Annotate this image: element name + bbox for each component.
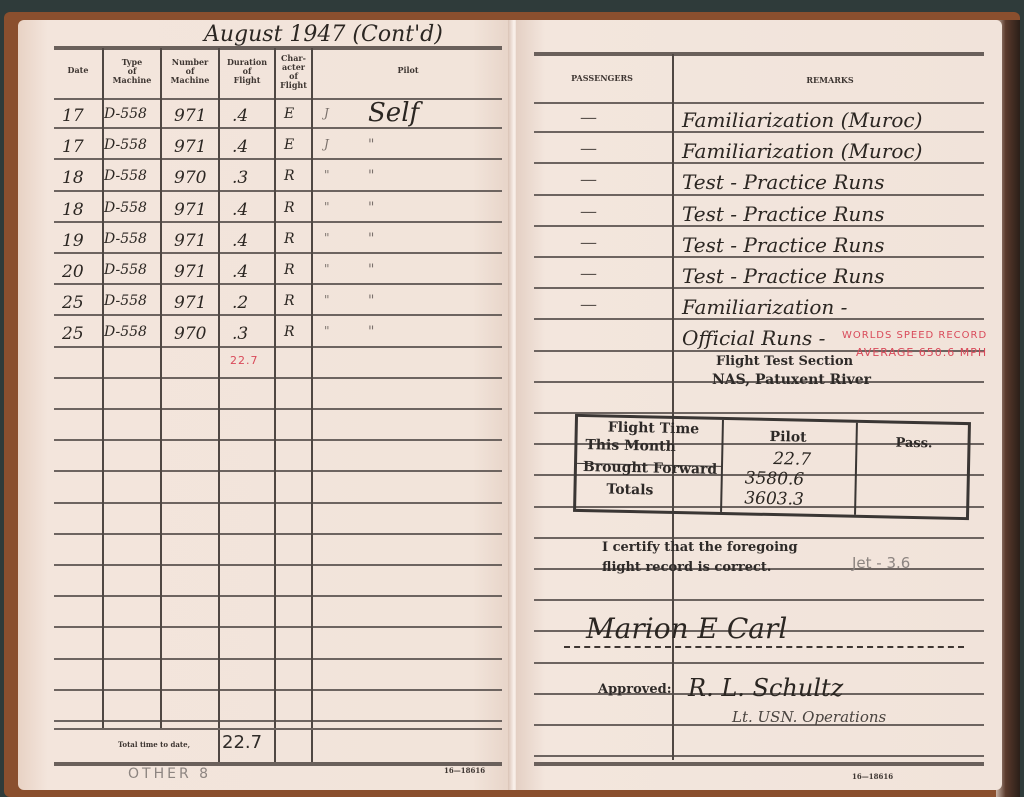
red-note-line1: WORLDS SPEED RECORD bbox=[842, 330, 987, 341]
row-rule bbox=[54, 595, 502, 597]
row-rule bbox=[54, 283, 502, 285]
cell-type: D-558 bbox=[104, 200, 147, 216]
cell-number: 971 bbox=[174, 137, 206, 157]
right-page: PASSENGERS REMARKS —Familiarization (Mur… bbox=[516, 20, 1002, 790]
flight-time-box: Flight Time Pilot Pass. This Month Broug… bbox=[573, 414, 971, 520]
cell-duration: .2 bbox=[232, 293, 248, 313]
row-rule bbox=[54, 314, 502, 316]
col-divider bbox=[672, 54, 674, 760]
col-divider bbox=[160, 48, 162, 728]
cell-mark: " bbox=[324, 262, 330, 276]
cell-type: D-558 bbox=[104, 231, 147, 247]
header-rule bbox=[54, 98, 502, 100]
cell-mark: J bbox=[324, 106, 329, 120]
cell-pilot: " bbox=[368, 262, 374, 278]
row-rule bbox=[534, 194, 984, 196]
cell-pilot: " bbox=[368, 200, 374, 216]
cell-character: R bbox=[284, 231, 295, 247]
col-divider bbox=[274, 48, 276, 763]
row-rule bbox=[54, 158, 502, 160]
cell-mark: J bbox=[324, 137, 329, 151]
cell-character: R bbox=[284, 293, 295, 309]
approved-signature: R. L. Schultz bbox=[688, 674, 843, 702]
bottom-rule bbox=[54, 762, 502, 766]
cell-pilot: " bbox=[368, 324, 374, 340]
cell-remarks: Official Runs - bbox=[682, 326, 825, 350]
cell-passengers: — bbox=[580, 108, 597, 128]
cell-mark: " bbox=[324, 293, 330, 307]
col-header-type: Type of Machine bbox=[104, 58, 160, 85]
col-header-character: Char- acter of Flight bbox=[276, 54, 311, 90]
cell-character: E bbox=[284, 106, 294, 122]
row-rule bbox=[54, 533, 502, 535]
left-page: August 1947 (Cont'd) 17D-558971.4EJSelf1… bbox=[18, 20, 512, 790]
signature-line bbox=[564, 646, 964, 648]
cell-duration: .4 bbox=[232, 262, 248, 282]
cell-pilot: " bbox=[368, 137, 374, 153]
cell-character: R bbox=[284, 168, 295, 184]
cell-pilot: Self bbox=[368, 98, 419, 128]
cell-mark: " bbox=[324, 200, 330, 214]
flight-time-label: Flight Time bbox=[608, 420, 700, 438]
cell-date: 18 bbox=[62, 200, 84, 220]
cell-date: 19 bbox=[62, 231, 84, 251]
row-rule bbox=[54, 127, 502, 129]
row-rule bbox=[534, 755, 984, 757]
row-rule bbox=[54, 377, 502, 379]
cell-type: D-558 bbox=[104, 293, 147, 309]
row-rule bbox=[54, 502, 502, 504]
col-divider bbox=[311, 48, 313, 763]
cell-duration: .3 bbox=[232, 168, 248, 188]
cell-remarks: Test - Practice Runs bbox=[682, 233, 884, 257]
bottom-rule bbox=[534, 762, 984, 766]
row-rule bbox=[54, 689, 502, 691]
cell-type: D-558 bbox=[104, 324, 147, 340]
row-rule bbox=[534, 537, 984, 539]
footer-pencil-note: OTHER 8 bbox=[128, 766, 211, 782]
cell-mark: " bbox=[324, 324, 330, 338]
cell-remarks: Test - Practice Runs bbox=[682, 202, 884, 226]
cell-type: D-558 bbox=[104, 168, 147, 184]
cell-number: 970 bbox=[174, 168, 206, 188]
cell-date: 25 bbox=[62, 324, 84, 344]
cell-character: R bbox=[284, 262, 295, 278]
cell-remarks: Familiarization (Muroc) bbox=[682, 139, 922, 163]
col-header-date: Date bbox=[54, 66, 102, 75]
cell-type: D-558 bbox=[104, 137, 147, 153]
cell-character: R bbox=[284, 324, 295, 340]
row-rule bbox=[54, 626, 502, 628]
approved-label: Approved: bbox=[598, 682, 672, 697]
cell-pilot: " bbox=[368, 231, 374, 247]
jet-time-note: Jet - 3.6 bbox=[852, 554, 910, 572]
cell-duration: .4 bbox=[232, 137, 248, 157]
form-number: 16—18616 bbox=[852, 772, 893, 781]
cell-remarks: Test - Practice Runs bbox=[682, 264, 884, 288]
cell-passengers: — bbox=[580, 233, 597, 253]
row-rule bbox=[54, 470, 502, 472]
top-rule bbox=[534, 52, 984, 56]
cell-passengers: — bbox=[580, 139, 597, 159]
top-rule bbox=[54, 46, 502, 50]
cell-passengers: — bbox=[580, 264, 597, 284]
cell-character: R bbox=[284, 200, 295, 216]
cell-remarks: Familiarization (Muroc) bbox=[682, 108, 922, 132]
totals-label: Totals bbox=[606, 482, 653, 499]
col-header-passengers: PASSENGERS bbox=[534, 74, 670, 83]
row-rule bbox=[534, 599, 984, 601]
row-rule bbox=[54, 439, 502, 441]
row-rule bbox=[534, 662, 984, 664]
totals-pilot-value: 3603.3 bbox=[744, 488, 804, 509]
red-subtotal: 22.7 bbox=[230, 354, 259, 367]
row-rule bbox=[54, 720, 502, 722]
cell-remarks: Test - Practice Runs bbox=[682, 170, 884, 194]
cell-duration: .4 bbox=[232, 200, 248, 220]
cell-mark: " bbox=[324, 168, 330, 182]
row-rule bbox=[54, 564, 502, 566]
row-rule bbox=[54, 408, 502, 410]
cell-pilot: " bbox=[368, 293, 374, 309]
col-divider bbox=[218, 48, 220, 763]
total-value: 22.7 bbox=[222, 732, 262, 753]
col-header-remarks: REMARKS bbox=[676, 76, 984, 85]
row-rule bbox=[54, 190, 502, 192]
red-note-line2: AVERAGE 650.6 MPH bbox=[856, 346, 987, 359]
cell-duration: .3 bbox=[232, 324, 248, 344]
total-label: Total time to date, bbox=[118, 740, 190, 749]
pilot-label: Pilot bbox=[769, 429, 806, 446]
pass-label: Pass. bbox=[895, 436, 932, 452]
row-rule bbox=[54, 346, 502, 348]
certify-line1: I certify that the foregoing bbox=[602, 540, 798, 555]
brought-forward-label: Brought Forward bbox=[583, 459, 718, 478]
cell-number: 971 bbox=[174, 231, 206, 251]
row-rule bbox=[54, 221, 502, 223]
approved-title: Lt. USN. Operations bbox=[732, 708, 886, 726]
cell-number: 971 bbox=[174, 200, 206, 220]
this-month-pilot-value: 22.7 bbox=[773, 449, 811, 470]
this-month-label: This Month bbox=[585, 437, 676, 455]
cell-number: 971 bbox=[174, 106, 206, 126]
brought-forward-pilot-value: 3580.6 bbox=[745, 468, 805, 489]
cell-type: D-558 bbox=[104, 106, 147, 122]
cell-date: 17 bbox=[62, 137, 84, 157]
col-divider bbox=[102, 48, 104, 728]
month-title: August 1947 (Cont'd) bbox=[204, 22, 443, 47]
col-header-pilot: Pilot bbox=[313, 66, 503, 75]
cell-duration: .4 bbox=[232, 106, 248, 126]
cell-pilot: " bbox=[368, 168, 374, 184]
cell-passengers: — bbox=[580, 295, 597, 315]
stamp-line1: Flight Test Section bbox=[716, 354, 853, 369]
cell-passengers: — bbox=[580, 170, 597, 190]
cell-date: 25 bbox=[62, 293, 84, 313]
row-rule bbox=[54, 252, 502, 254]
cell-number: 970 bbox=[174, 324, 206, 344]
form-number: 16—18616 bbox=[444, 766, 485, 775]
col-header-duration: Duration of Flight bbox=[220, 58, 274, 85]
cell-mark: " bbox=[324, 231, 330, 245]
cell-date: 18 bbox=[62, 168, 84, 188]
cell-date: 20 bbox=[62, 262, 84, 282]
cell-number: 971 bbox=[174, 293, 206, 313]
stamp-line2: NAS, Patuxent River bbox=[712, 372, 871, 388]
cell-duration: .4 bbox=[232, 231, 248, 251]
cell-number: 971 bbox=[174, 262, 206, 282]
cell-type: D-558 bbox=[104, 262, 147, 278]
cell-remarks: Familiarization - bbox=[682, 295, 847, 319]
total-rule-top bbox=[54, 728, 502, 730]
col-header-number: Number of Machine bbox=[162, 58, 218, 85]
row-rule bbox=[54, 658, 502, 660]
cell-passengers: — bbox=[580, 202, 597, 222]
cell-date: 17 bbox=[62, 106, 84, 126]
cell-character: E bbox=[284, 137, 294, 153]
header-rule bbox=[534, 102, 984, 104]
certify-line2: flight record is correct. bbox=[602, 560, 771, 575]
pilot-signature: Marion E Carl bbox=[586, 612, 787, 645]
